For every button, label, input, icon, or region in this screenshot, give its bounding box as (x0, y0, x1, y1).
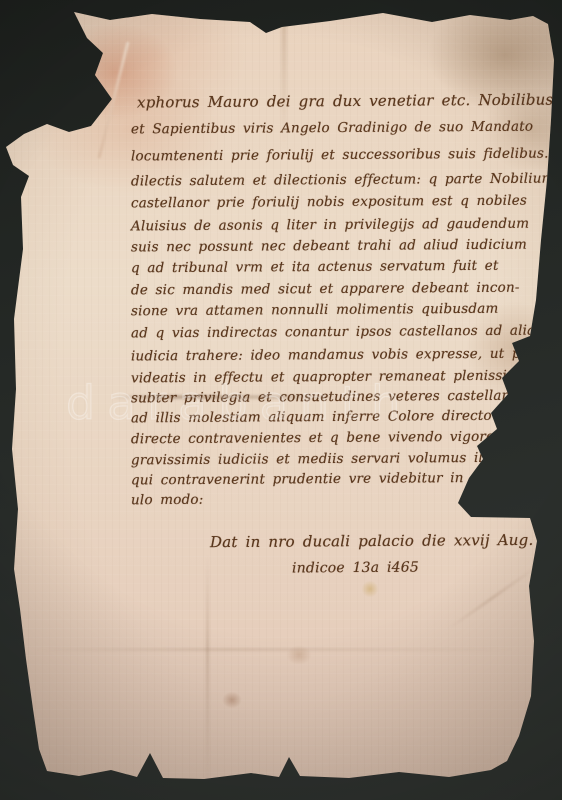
manuscript-line: subter privilegia et consuetudines veter… (131, 388, 526, 407)
manuscript-line: locumtenenti prie foriulij et successori… (131, 146, 549, 165)
dateline-year: indicoe 13a i465 (292, 560, 419, 577)
paper-sheet: xphorus Mauro dei gra dux venetiar etc. … (0, 0, 562, 800)
manuscript-line: Aluisius de asonis q liter in privilegij… (131, 216, 529, 235)
manuscript-line: dilectis salutem et dilectionis effectum… (131, 171, 555, 190)
manuscript-line: ad illis molestiam aliquam inferre Color… (131, 408, 520, 427)
manuscript-line: gravissimis iudiciis et mediis servari v… (131, 450, 524, 469)
manuscript-line: ad q vias indirectas conantur ipsos cast… (131, 323, 536, 342)
manuscript-line: et Sapientibus viris Angelo Gradinigo de… (131, 119, 533, 138)
manuscript-line: qui contravenerint prudentie vre videbit… (131, 470, 536, 489)
fold-crease (98, 41, 130, 158)
fold-crease (35, 648, 515, 651)
manuscript-line: sione vra attamen nonnulli molimentis qu… (131, 301, 499, 320)
manuscript-line: ulo modo: (131, 492, 204, 509)
manuscript-line: iudicia trahere: ideo mandamus vobis exp… (131, 346, 541, 365)
manuscript-photo: xphorus Mauro dei gra dux venetiar etc. … (0, 0, 562, 800)
fold-crease (206, 555, 209, 790)
fold-crease (447, 565, 539, 631)
manuscript-line: q ad tribunal vrm et ita actenus servatu… (131, 258, 499, 277)
manuscript-line: videatis in effectu et quapropter remane… (131, 368, 528, 387)
manuscript-line: directe contravenientes et q bene vivend… (131, 429, 494, 448)
manuscript-line: castellanor prie foriulij nobis expositu… (131, 193, 527, 212)
manuscript-line: de sic mandis med sicut et apparere debe… (131, 280, 520, 299)
manuscript-line: suis nec possunt nec debeant trahi ad al… (131, 237, 527, 256)
manuscript-line: xphorus Mauro dei gra dux venetiar etc. … (137, 91, 553, 112)
dateline-place: Dat in nro ducali palacio die xxvij Aug. (210, 531, 534, 551)
